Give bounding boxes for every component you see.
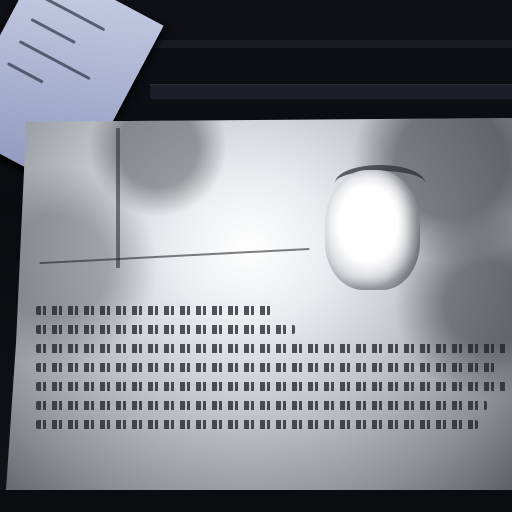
ink-stroke — [116, 128, 120, 268]
text-line — [36, 401, 487, 410]
portrait-face — [325, 170, 420, 290]
text-line — [36, 306, 271, 315]
dark-shelf — [95, 40, 512, 48]
text-line — [36, 344, 506, 353]
text-line — [36, 325, 295, 334]
dark-foreground — [0, 490, 512, 512]
text-line — [36, 363, 497, 372]
text-line — [36, 420, 478, 429]
illegible-text-block — [36, 300, 506, 439]
text-line — [36, 382, 506, 391]
dark-shelf-edge — [150, 84, 512, 99]
